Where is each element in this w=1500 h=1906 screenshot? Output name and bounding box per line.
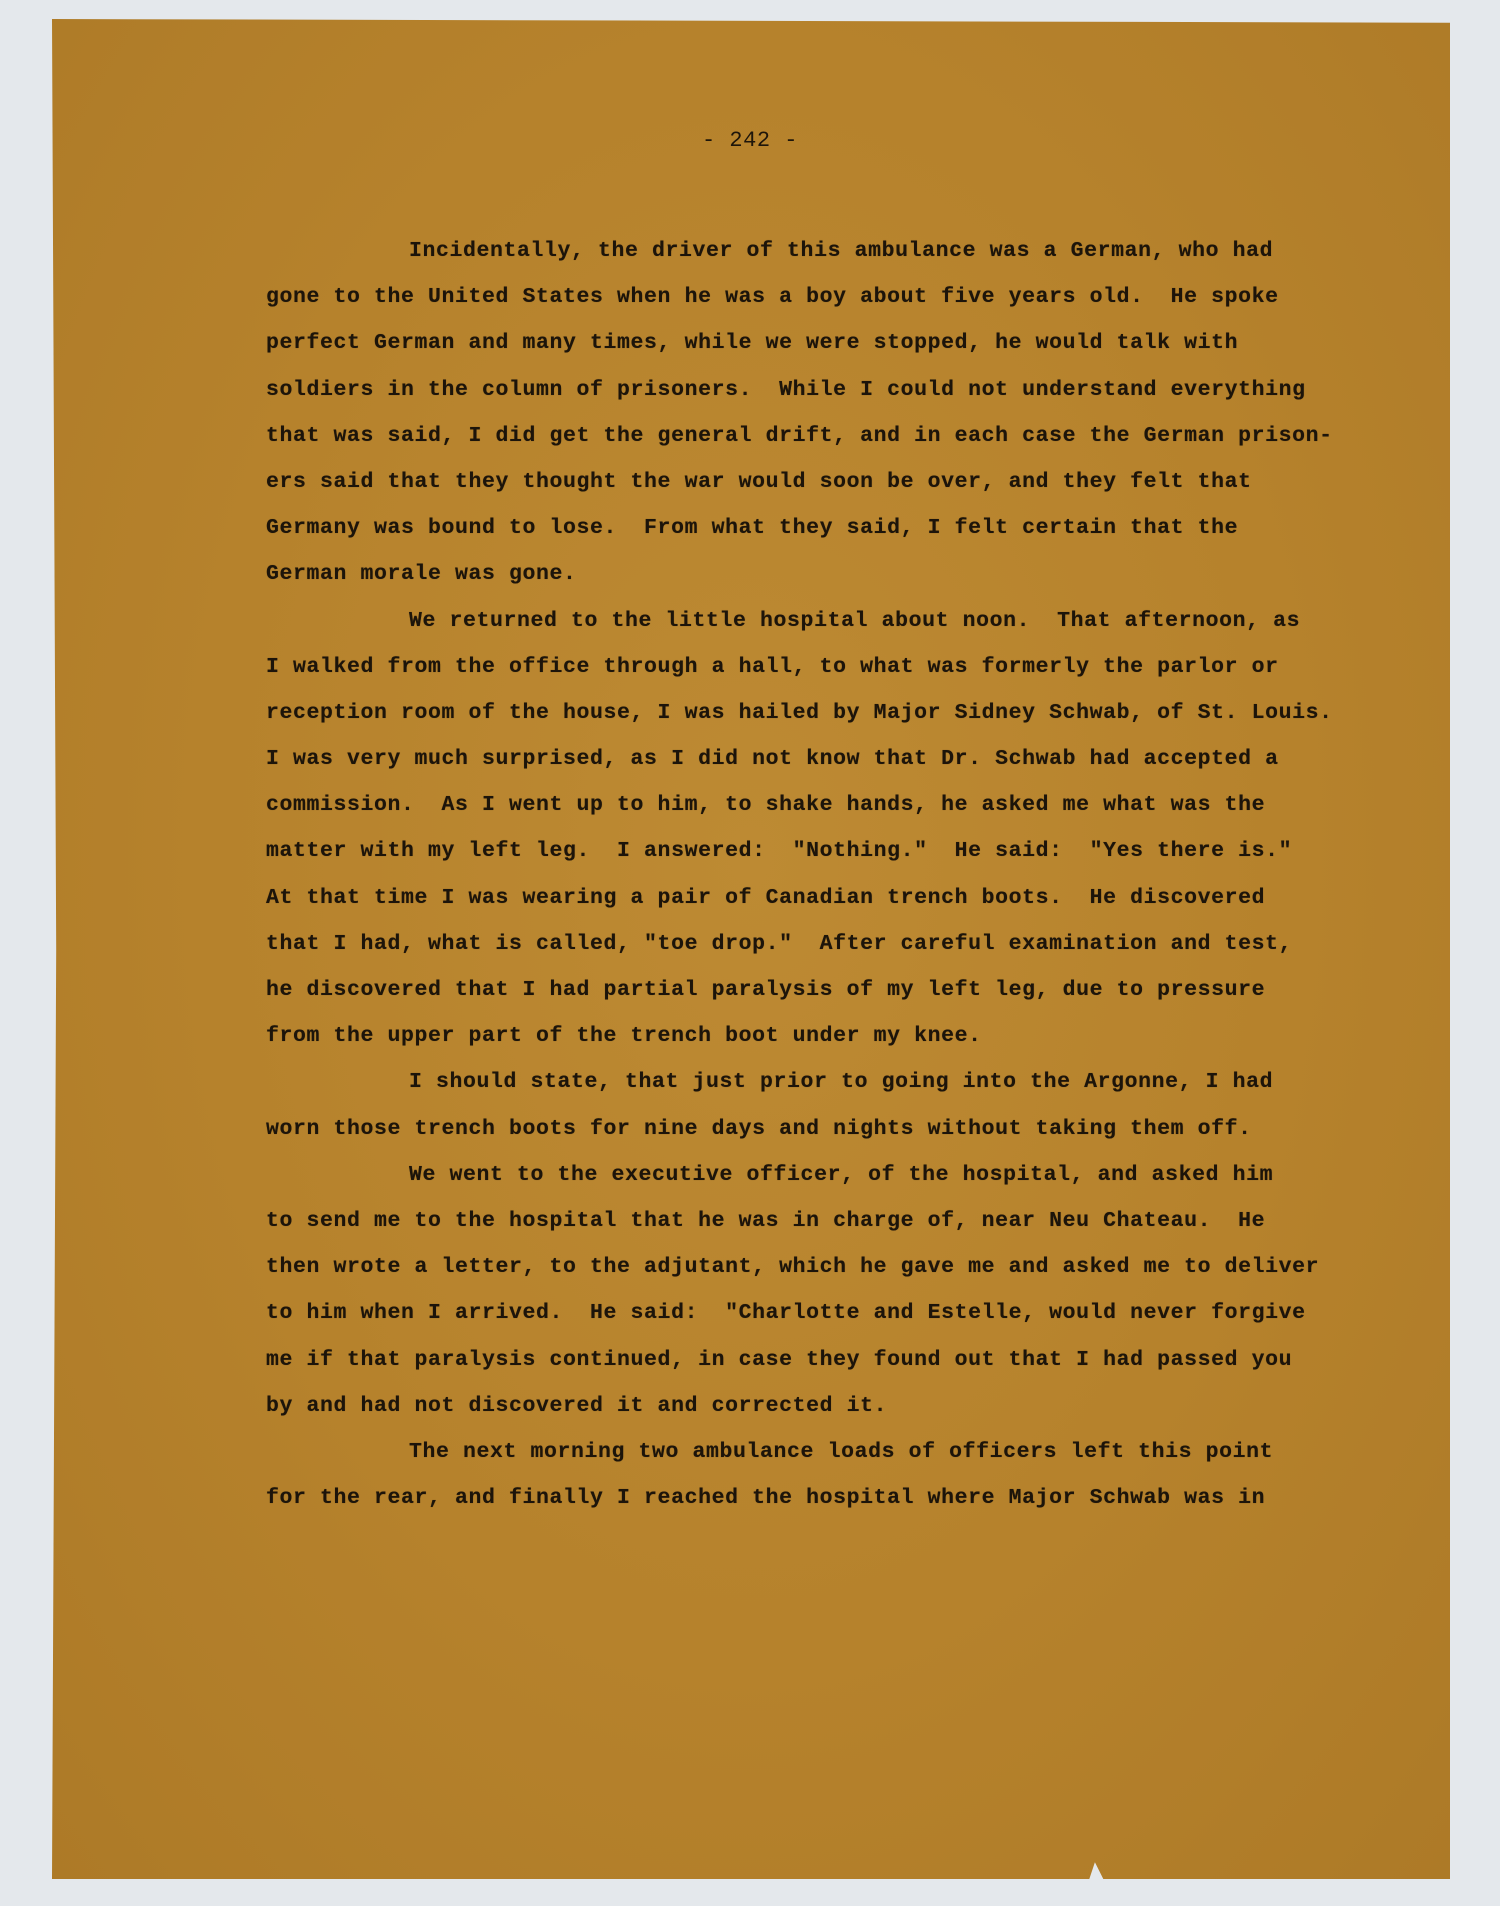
text-line: to send me to the hospital that he was i… [266, 1198, 1396, 1244]
text-line: reception room of the house, I was haile… [266, 690, 1396, 736]
text-line: I walked from the office through a hall,… [266, 644, 1396, 690]
text-line: I should state, that just prior to going… [266, 1059, 1396, 1105]
text-line: At that time I was wearing a pair of Can… [266, 875, 1396, 921]
text-line: perfect German and many times, while we … [266, 320, 1396, 366]
page-number: - 242 - [0, 128, 1500, 153]
text-line: to him when I arrived. He said: "Charlot… [266, 1290, 1396, 1336]
text-line: Incidentally, the driver of this ambulan… [266, 228, 1396, 274]
text-line: commission. As I went up to him, to shak… [266, 782, 1396, 828]
paragraph: We returned to the little hospital about… [266, 598, 1396, 1060]
paragraph: The next morning two ambulance loads of … [266, 1429, 1396, 1521]
text-line: The next morning two ambulance loads of … [266, 1429, 1396, 1475]
text-line: then wrote a letter, to the adjutant, wh… [266, 1244, 1396, 1290]
text-line: that I had, what is called, "toe drop." … [266, 921, 1396, 967]
paragraph: Incidentally, the driver of this ambulan… [266, 228, 1396, 598]
document-body: Incidentally, the driver of this ambulan… [266, 228, 1396, 1521]
text-line: me if that paralysis continued, in case … [266, 1337, 1396, 1383]
text-line: matter with my left leg. I answered: "No… [266, 828, 1396, 874]
text-line: I was very much surprised, as I did not … [266, 736, 1396, 782]
text-line: gone to the United States when he was a … [266, 274, 1396, 320]
text-line: We went to the executive officer, of the… [266, 1152, 1396, 1198]
text-line: worn those trench boots for nine days an… [266, 1106, 1396, 1152]
paragraph: I should state, that just prior to going… [266, 1059, 1396, 1151]
text-line: for the rear, and finally I reached the … [266, 1475, 1396, 1521]
text-line: German morale was gone. [266, 551, 1396, 597]
text-line: he discovered that I had partial paralys… [266, 967, 1396, 1013]
text-line: ers said that they thought the war would… [266, 459, 1396, 505]
text-line: from the upper part of the trench boot u… [266, 1013, 1396, 1059]
paragraph: We went to the executive officer, of the… [266, 1152, 1396, 1429]
text-line: soldiers in the column of prisoners. Whi… [266, 367, 1396, 413]
text-line: that was said, I did get the general dri… [266, 413, 1396, 459]
text-line: by and had not discovered it and correct… [266, 1383, 1396, 1429]
text-line: We returned to the little hospital about… [266, 598, 1396, 644]
text-line: Germany was bound to lose. From what the… [266, 505, 1396, 551]
